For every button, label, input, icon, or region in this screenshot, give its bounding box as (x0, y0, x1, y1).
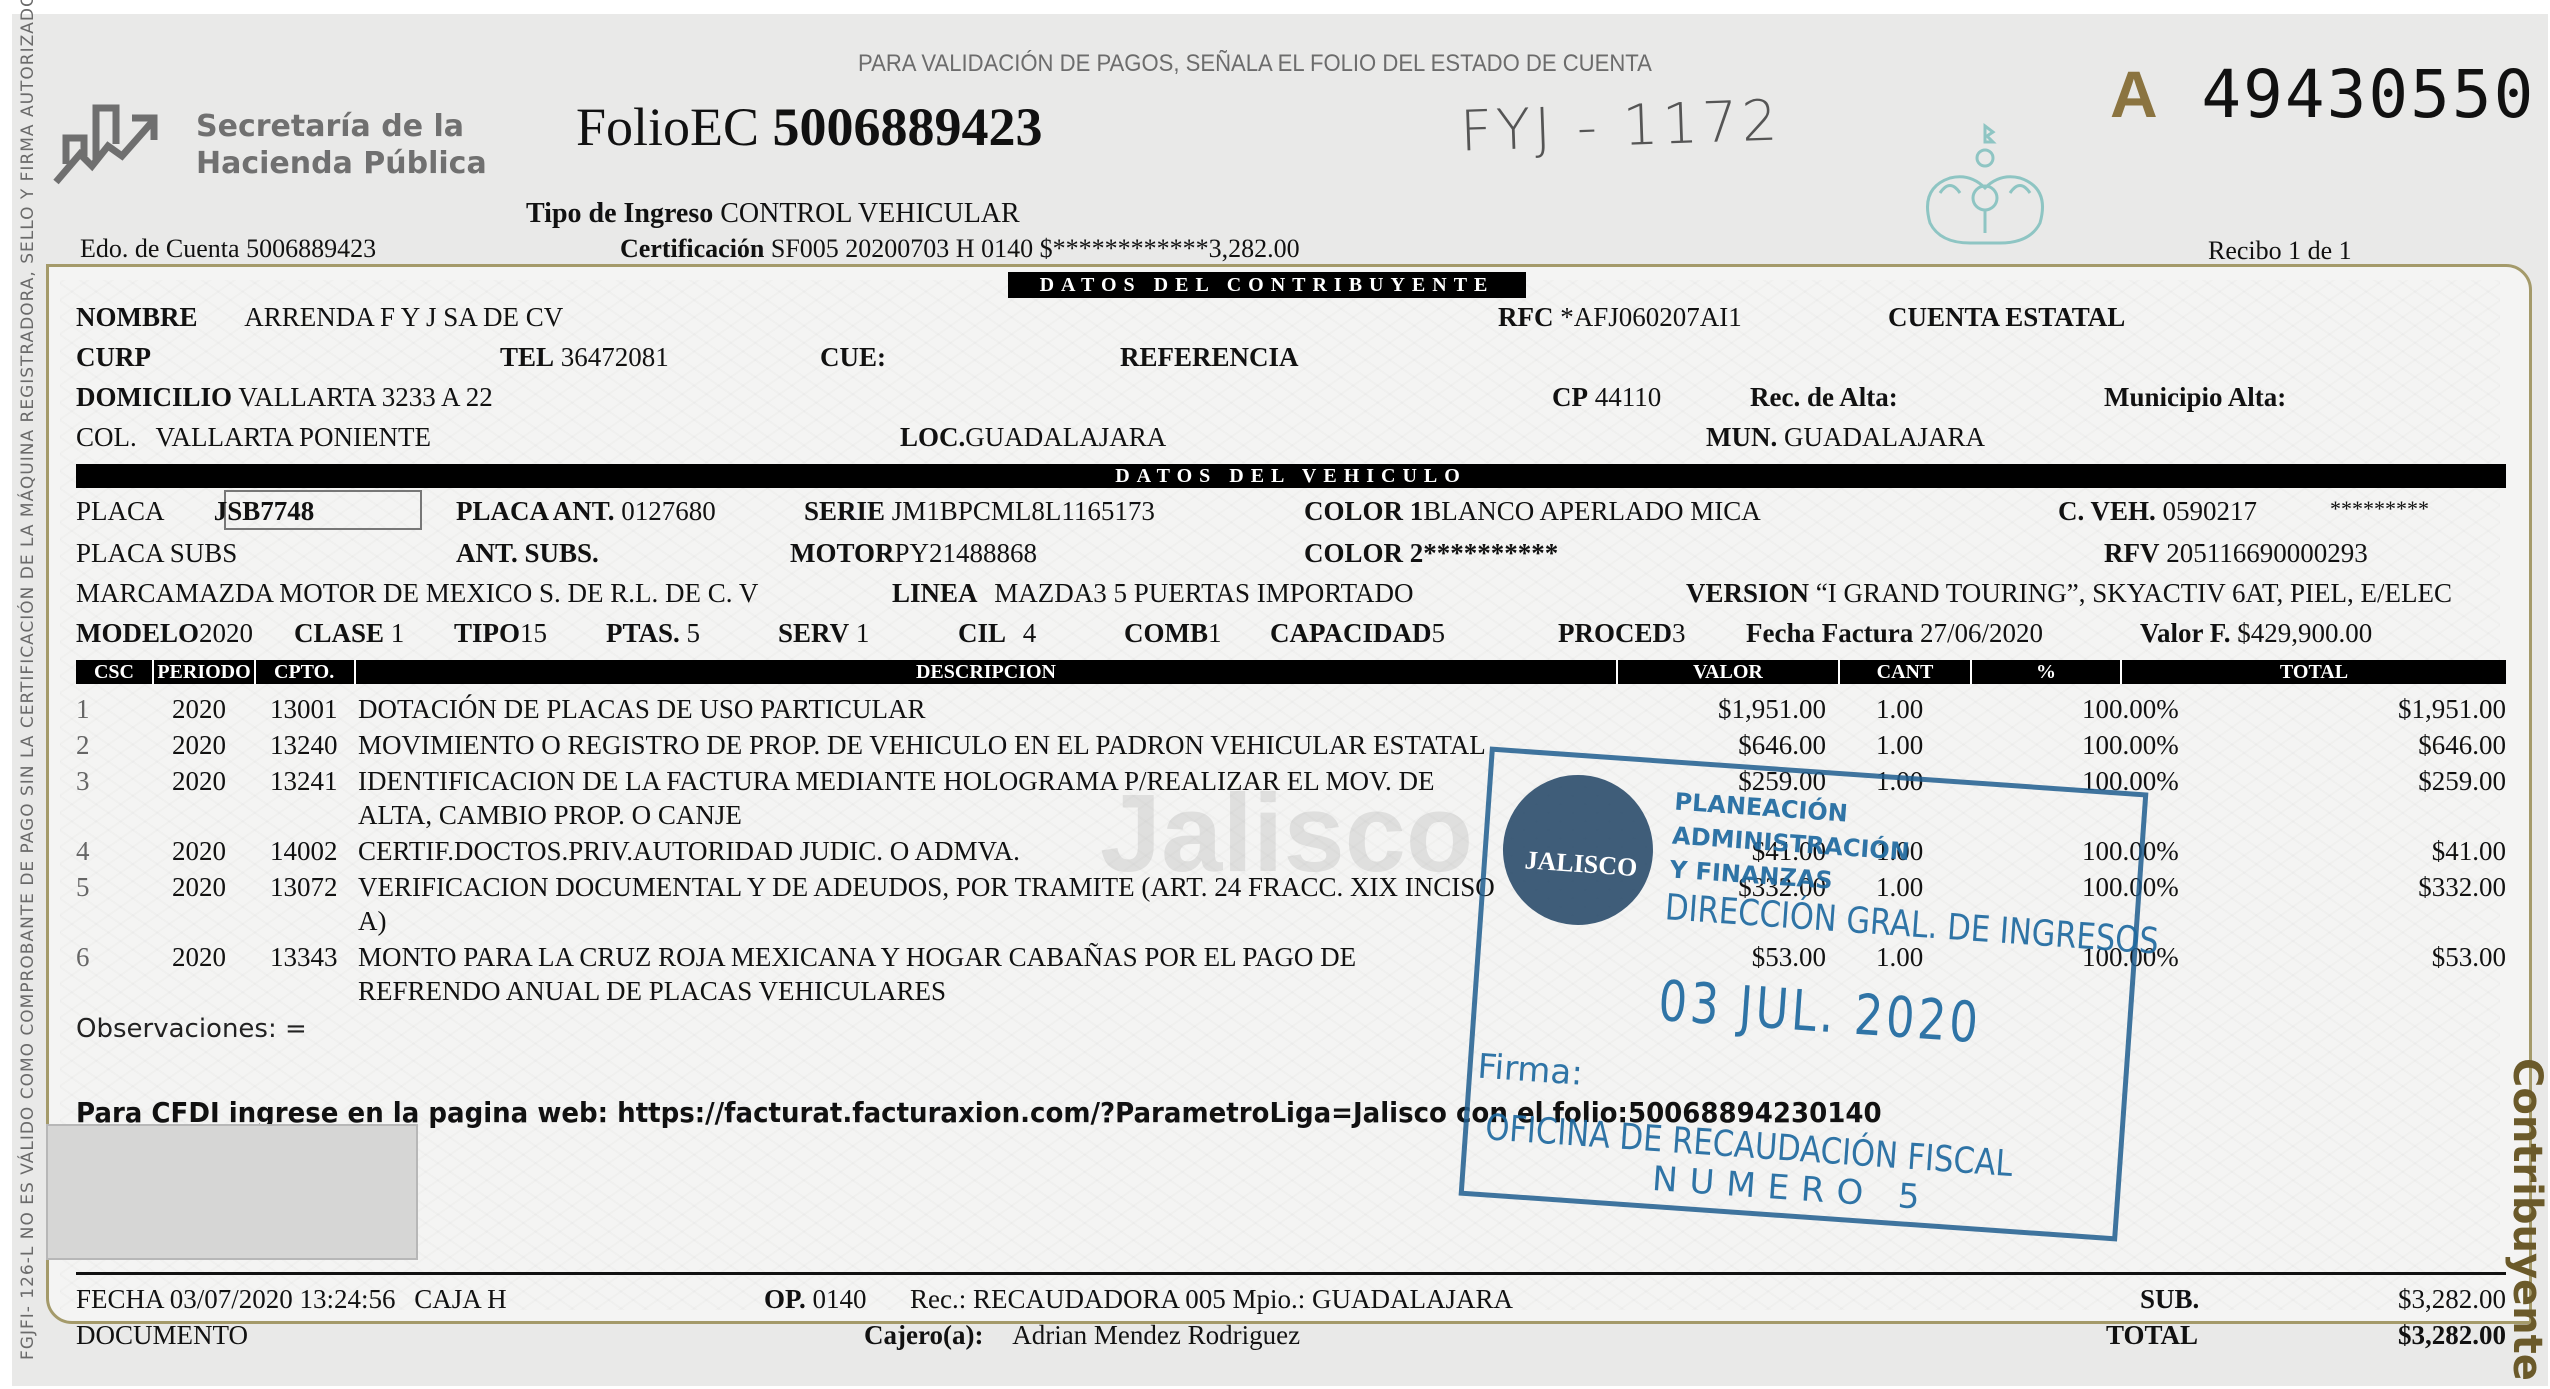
tipo-value: 15 (520, 618, 547, 648)
clase-field: CLASE 1 (294, 618, 404, 649)
cell-csc: 2 (76, 730, 116, 761)
folio-value: 5006889423 (773, 97, 1043, 157)
modelo-field: MODELO2020 (76, 618, 253, 649)
control-number: A 49430550 (2110, 56, 2535, 133)
payment-stamp: JALISCO PLANEACIÓN ADMINISTRACIÓN Y FINA… (1449, 746, 2180, 1264)
tel-value: 36472081 (561, 342, 669, 372)
recibo-count: Recibo 1 de 1 (2208, 236, 2352, 266)
cuenta-estatal-label: CUENTA ESTATAL (1888, 302, 2125, 333)
cell-descripcion: MOVIMIENTO O REGISTRO DE PROP. DE VEHICU… (358, 730, 1658, 761)
edo-cuenta-label: Edo. de Cuenta (80, 234, 240, 263)
comb-field: COMB1 (1124, 618, 1222, 649)
col-csc: CSC (76, 660, 154, 684)
nombre-value: ARRENDA F Y J SA DE CV (244, 302, 563, 332)
proced-label: PROCED (1558, 618, 1672, 648)
rfc-value: *AFJ060207AI1 (1560, 302, 1742, 332)
fecha-factura-field: Fecha Factura 27/06/2020 (1746, 618, 2043, 649)
color1-value: BLANCO APERLADO MICA (1423, 496, 1761, 526)
tipo-field: TIPO15 (454, 618, 547, 649)
cell-csc: 6 (76, 942, 116, 973)
modelo-label: MODELO (76, 618, 199, 648)
documento-label: DOCUMENTO (76, 1320, 248, 1351)
copy-label: Contribuyente (2504, 1058, 2550, 1381)
tel-field: TEL 36472081 (500, 342, 669, 373)
certificacion-label: Certificación (620, 234, 764, 263)
valor-factura-field: Valor F. $429,900.00 (2140, 618, 2372, 649)
cell-descripcion: CERTIF.DOCTOS.PRIV.AUTORIDAD JUDIC. O AD… (358, 836, 1658, 867)
col-valor: VALOR (1618, 660, 1840, 684)
op-value: 0140 (813, 1284, 867, 1314)
cell-total: $646.00 (2290, 730, 2506, 761)
cell-periodo: 2020 (172, 836, 242, 867)
clase-label: CLASE (294, 618, 384, 648)
col-cant: CANT (1840, 660, 1972, 684)
cell-pct: 100.00% (2082, 730, 2192, 761)
observaciones: Observaciones: = (76, 1014, 307, 1044)
cveh-field: C. VEH. 0590217 (2058, 496, 2257, 527)
total-label: TOTAL (2106, 1320, 2198, 1351)
agency-name: Secretaría de la Hacienda Pública (196, 108, 487, 182)
col-descripcion: DESCRIPCION (356, 660, 1618, 684)
placa-ant-value: 0127680 (621, 496, 716, 526)
localidad-value: GUADALAJARA (965, 422, 1166, 452)
ant-subs-label: ANT. SUBS. (456, 538, 599, 569)
cell-descripcion-cont: REFRENDO ANUAL DE PLACAS VEHICULARES (358, 976, 946, 1007)
certificacion: Certificación SF005 20200703 H 0140 $***… (620, 234, 1300, 264)
valor-f-label: Valor F. (2140, 618, 2231, 648)
rfv-label: RFV (2104, 538, 2160, 568)
cell-csc: 1 (76, 694, 116, 725)
capacidad-field: CAPACIDAD5 (1270, 618, 1445, 649)
cell-cpto: 13241 (270, 766, 350, 797)
cell-cant: 1.00 (1876, 730, 1956, 761)
municipio-value: GUADALAJARA (1784, 422, 1985, 452)
serv-value: 1 (856, 618, 870, 648)
cell-periodo: 2020 (172, 730, 242, 761)
cell-cpto: 13072 (270, 872, 350, 903)
cell-total: $41.00 (2290, 836, 2506, 867)
curp-label: CURP (76, 342, 151, 373)
cell-pct: 100.00% (2082, 694, 2192, 725)
placa-field: PLACA JSB7748 (76, 496, 314, 527)
colonia-field: COL. VALLARTA PONIENTE (76, 422, 431, 453)
control-prefix: A (2110, 57, 2160, 131)
cell-descripcion-cont: A) (358, 906, 387, 937)
placa-ant-field: PLACA ANT. 0127680 (456, 496, 716, 527)
cell-descripcion-cont: ALTA, CAMBIO PROP. O CANJE (358, 800, 742, 831)
rec-alta-label: Rec. de Alta: (1750, 382, 1898, 413)
legal-disclaimer: FGJFI- 126-L NO ES VÁLIDO COMO COMPROBAN… (18, 0, 38, 1360)
cell-cpto: 13240 (270, 730, 350, 761)
footer-divider (76, 1272, 2506, 1275)
handwritten-note: FYJ - 1172 (1459, 88, 1782, 164)
version-label: VERSION (1686, 578, 1809, 608)
cell-periodo: 2020 (172, 694, 242, 725)
cell-cpto: 14002 (270, 836, 350, 867)
stamp-firma: Firma: (1476, 1047, 1584, 1094)
placa-subs-label: PLACA SUBS (76, 538, 237, 569)
cell-descripcion: IDENTIFICACION DE LA FACTURA MEDIANTE HO… (358, 766, 1658, 797)
domicilio-field: DOMICILIO VALLARTA 3233 A 22 (76, 382, 493, 413)
cp-label: CP (1552, 382, 1588, 412)
placa-ant-label: PLACA ANT. (456, 496, 615, 526)
agency-name-line1: Secretaría de la (196, 108, 487, 145)
color1-label: COLOR 1 (1304, 496, 1423, 526)
color1-field: COLOR 1BLANCO APERLADO MICA (1304, 496, 1761, 527)
referencia-label: REFERENCIA (1120, 342, 1299, 373)
cveh-value: 0590217 (2163, 496, 2258, 526)
localidad-field: LOC.GUADALAJARA (900, 422, 1166, 453)
cp-field: CP 44110 (1552, 382, 1661, 413)
validation-notice: PARA VALIDACIÓN DE PAGOS, SEÑALA EL FOLI… (858, 50, 1652, 78)
estado-cuenta: Edo. de Cuenta 5006889423 (80, 234, 376, 264)
serv-label: SERV (778, 618, 849, 648)
folio-label: FolioEC (576, 97, 759, 157)
cell-total: $53.00 (2290, 942, 2506, 973)
color2-field: COLOR 2********** (1304, 538, 1558, 569)
rfc-label: RFC (1498, 302, 1554, 332)
col-total: TOTAL (2122, 660, 2506, 684)
placa-label: PLACA (76, 496, 163, 526)
rfv-field: RFV 205116690000293 (2104, 538, 2368, 569)
folio-ec: FolioEC 5006889423 (576, 96, 1043, 158)
ptas-field: PTAS. 5 (606, 618, 700, 649)
tipo-label: TIPO (454, 618, 520, 648)
fecha-factura-label: Fecha Factura (1746, 618, 1913, 648)
marca-field: MARCAMAZDA MOTOR DE MEXICO S. DE R.L. DE… (76, 578, 758, 609)
linea-label: LINEA (892, 578, 978, 608)
cell-csc: 3 (76, 766, 116, 797)
section-title-contribuyente: DATOS DEL CONTRIBUYENTE (1008, 272, 1526, 298)
domicilio-value: VALLARTA 3233 A 22 (238, 382, 493, 412)
cell-periodo: 2020 (172, 942, 242, 973)
colonia-label: COL. (76, 422, 137, 452)
nombre-field: NOMBRE ARRENDA F Y J SA DE CV (76, 302, 563, 333)
recaudadora-text: Rec.: RECAUDADORA 005 Mpio.: GUADALAJARA (910, 1284, 1513, 1315)
cell-valor: $1,951.00 (1640, 694, 1826, 725)
motor-label: MOTOR (790, 538, 895, 568)
control-number-value: 49430550 (2201, 56, 2535, 133)
cveh-label: C. VEH. (2058, 496, 2156, 526)
cell-total: $1,951.00 (2290, 694, 2506, 725)
cil-field: CIL 4 (958, 618, 1036, 649)
cajero-field: Cajero(a): Adrian Mendez Rodriguez (864, 1320, 1300, 1351)
version-field: VERSION “I GRAND TOURING”, SKYACTIV 6AT,… (1686, 578, 2452, 609)
cell-periodo: 2020 (172, 766, 242, 797)
marca-value: MAZDA MOTOR DE MEXICO S. DE R.L. DE C. V (175, 578, 758, 608)
domicilio-label: DOMICILIO (76, 382, 232, 412)
cell-descripcion: MONTO PARA LA CRUZ ROJA MEXICANA Y HOGAR… (358, 942, 1658, 973)
cell-cant: 1.00 (1876, 694, 1956, 725)
motor-value: PY21488868 (895, 538, 1038, 568)
valor-f-value: $429,900.00 (2237, 618, 2372, 648)
capacidad-label: CAPACIDAD (1270, 618, 1432, 648)
color2-value: ********** (1423, 538, 1558, 568)
comb-value: 1 (1208, 618, 1222, 648)
serie-field: SERIE JM1BPCML8L1165173 (804, 496, 1155, 527)
nombre-label: NOMBRE (76, 302, 198, 332)
linea-value: MAZDA3 5 PUERTAS IMPORTADO (994, 578, 1413, 608)
tel-label: TEL (500, 342, 554, 372)
op-field: OP. 0140 (764, 1284, 867, 1315)
agency-name-line2: Hacienda Pública (196, 145, 487, 182)
version-value: “I GRAND TOURING”, SKYACTIV 6AT, PIEL, E… (1816, 578, 2452, 608)
tipo-ingreso-label: Tipo de Ingreso (526, 198, 713, 229)
capacidad-value: 5 (1432, 618, 1446, 648)
color2-label: COLOR 2 (1304, 538, 1423, 568)
redacted-box (46, 1124, 418, 1260)
cajero-label: Cajero(a): (864, 1320, 983, 1350)
linea-field: LINEA MAZDA3 5 PUERTAS IMPORTADO (892, 578, 1414, 609)
municipio-label: MUN. (1706, 422, 1777, 452)
ptas-label: PTAS. (606, 618, 680, 648)
fecha-value: 03/07/2020 13:24:56 (170, 1284, 396, 1314)
serv-field: SERV 1 (778, 618, 869, 649)
total-value: $3,282.00 (2348, 1320, 2506, 1351)
cell-descripcion: DOTACIÓN DE PLACAS DE USO PARTICULAR (358, 694, 1658, 725)
cell-cpto: 13343 (270, 942, 350, 973)
serie-value: JM1BPCML8L1165173 (892, 496, 1155, 526)
cell-cpto: 13001 (270, 694, 350, 725)
rfc-field: RFC *AFJ060207AI1 (1498, 302, 1742, 333)
col-cpto: CPTO. (256, 660, 356, 684)
col-pct: % (1972, 660, 2122, 684)
cue-label: CUE: (820, 342, 886, 373)
cell-total: $259.00 (2290, 766, 2506, 797)
localidad-label: LOC. (900, 422, 965, 452)
hacienda-logo-icon (52, 104, 162, 186)
serie-label: SERIE (804, 496, 885, 526)
subtotal-value: $3,282.00 (2348, 1284, 2506, 1315)
caja-value: CAJA H (414, 1284, 506, 1314)
op-label: OP. (764, 1284, 806, 1314)
marca-label: MARCA (76, 578, 175, 608)
modelo-value: 2020 (199, 618, 253, 648)
cell-csc: 5 (76, 872, 116, 903)
subtotal-label: SUB. (2140, 1284, 2199, 1315)
colonia-value: VALLARTA PONIENTE (156, 422, 431, 452)
fecha-factura-value: 27/06/2020 (1920, 618, 2043, 648)
municipio-alta-label: Municipio Alta: (2104, 382, 2286, 413)
rfv-value: 205116690000293 (2166, 538, 2368, 568)
fecha-label: FECHA (76, 1284, 163, 1314)
proced-value: 3 (1672, 618, 1686, 648)
jalisco-crest-icon (1910, 118, 2060, 248)
comb-label: COMB (1124, 618, 1208, 648)
cell-periodo: 2020 (172, 872, 242, 903)
cil-value: 4 (1023, 618, 1037, 648)
cajero-value: Adrian Mendez Rodriguez (1012, 1320, 1300, 1350)
fecha-field: FECHA 03/07/2020 13:24:56 CAJA H (76, 1284, 507, 1315)
municipio-field: MUN. GUADALAJARA (1706, 422, 1985, 453)
cp-value: 44110 (1595, 382, 1662, 412)
cell-csc: 4 (76, 836, 116, 867)
cell-descripcion: VERIFICACION DOCUMENTAL Y DE ADEUDOS, PO… (358, 872, 1658, 903)
tipo-ingreso-value: CONTROL VEHICULAR (720, 198, 1019, 229)
clase-value: 1 (391, 618, 405, 648)
edo-cuenta-value: 5006889423 (246, 234, 376, 263)
certificacion-value: SF005 20200703 H 0140 $************3,282… (771, 234, 1300, 263)
cell-total: $332.00 (2290, 872, 2506, 903)
col-periodo: PERIODO (154, 660, 256, 684)
tipo-ingreso: Tipo de Ingreso CONTROL VEHICULAR (526, 198, 1020, 230)
motor-field: MOTORPY21488868 (790, 538, 1037, 569)
cil-label: CIL (958, 618, 1006, 648)
ptas-value: 5 (687, 618, 701, 648)
proced-field: PROCED3 (1558, 618, 1686, 649)
cveh-mask: ********* (2330, 496, 2429, 522)
placa-value: JSB7748 (214, 496, 315, 526)
cell-valor: $646.00 (1640, 730, 1826, 761)
section-title-vehiculo: DATOS DEL VEHICULO (76, 464, 2506, 488)
